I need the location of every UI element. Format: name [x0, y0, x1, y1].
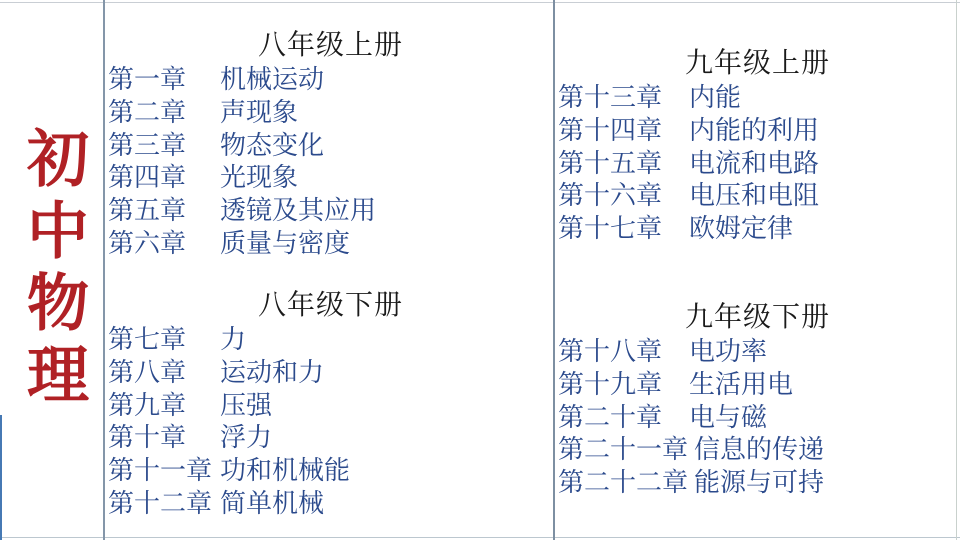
- chapter-number: 第二章: [108, 96, 212, 129]
- chapter-row: 第三章 物态变化: [108, 129, 553, 162]
- chapter-number: 第十一章: [108, 454, 212, 487]
- chapter-title: 信息的传递: [694, 433, 824, 466]
- chapter-number: 第十九章: [558, 368, 683, 401]
- chapter-row: 第十三章 内能: [558, 81, 957, 114]
- chapter-title: 电与磁: [689, 401, 767, 434]
- section-grade9-vol2: 九年级下册 第十八章 电功率 第十九章 生活用电 第二十章 电与磁 第二十一章 …: [558, 299, 957, 499]
- chapter-title: 质量与密度: [220, 227, 350, 260]
- chapter-title: 功和机械能: [220, 454, 350, 487]
- chapter-number: 第三章: [108, 129, 212, 162]
- chapter-number: 第二十一章: [558, 433, 688, 466]
- chapter-number: 第六章: [108, 227, 212, 260]
- chapter-title: 压强: [220, 389, 272, 422]
- chapter-number: 第十五章: [558, 147, 683, 180]
- chapter-title: 光现象: [220, 161, 298, 194]
- chapter-number: 第十六章: [558, 179, 683, 212]
- chapter-number: 第二十章: [558, 401, 683, 434]
- top-border-line: [0, 2, 960, 3]
- chapter-title: 力: [220, 323, 246, 356]
- chapter-title: 物态变化: [220, 129, 324, 162]
- chapter-row: 第二十二章 能源与可持: [558, 466, 957, 499]
- chapter-row: 第十七章 欧姆定律: [558, 212, 957, 245]
- chapter-row: 第十五章 电流和电路: [558, 147, 957, 180]
- chapter-row: 第七章 力: [108, 323, 553, 356]
- chapter-row: 第二章 声现象: [108, 96, 553, 129]
- chapter-title: 浮力: [220, 421, 272, 454]
- chapter-number: 第十四章: [558, 114, 683, 147]
- chapter-title: 能源与可持: [694, 466, 824, 499]
- column-divider-left: [103, 0, 105, 540]
- chapter-number: 第四章: [108, 161, 212, 194]
- page-title: 初中物理: [21, 126, 83, 414]
- chapter-number: 第十七章: [558, 212, 683, 245]
- section-grade8-vol2: 八年级下册 第七章 力 第八章 运动和力 第九章 压强 第十章 浮力 第十一章 …: [108, 287, 553, 520]
- chapter-row: 第十八章 电功率: [558, 335, 957, 368]
- chapter-title: 内能的利用: [689, 114, 819, 147]
- physics-toc-page: { "title_vertical": "初中物理", "colors": { …: [0, 0, 960, 540]
- chapter-number: 第十二章: [108, 487, 212, 520]
- chapter-title: 运动和力: [220, 356, 324, 389]
- chapter-row: 第十一章 功和机械能: [108, 454, 553, 487]
- chapter-number: 第十八章: [558, 335, 683, 368]
- chapter-number: 第八章: [108, 356, 212, 389]
- chapter-row: 第二十章 电与磁: [558, 401, 957, 434]
- section-heading: 九年级下册: [558, 299, 957, 335]
- section-grade8-vol1: 八年级上册 第一章 机械运动 第二章 声现象 第三章 物态变化 第四章 光现象 …: [108, 27, 553, 260]
- chapter-title: 简单机械: [220, 487, 324, 520]
- section-heading: 九年级上册: [558, 45, 957, 81]
- section-heading: 八年级上册: [108, 27, 553, 63]
- chapter-title: 透镜及其应用: [220, 194, 376, 227]
- chapter-row: 第十六章 电压和电阻: [558, 179, 957, 212]
- chapter-row: 第十二章 简单机械: [108, 487, 553, 520]
- chapter-title: 欧姆定律: [689, 212, 793, 245]
- chapter-row: 第四章 光现象: [108, 161, 553, 194]
- chapter-row: 第八章 运动和力: [108, 356, 553, 389]
- chapter-row: 第九章 压强: [108, 389, 553, 422]
- chapter-row: 第二十一章 信息的传递: [558, 433, 957, 466]
- chapter-row: 第六章 质量与密度: [108, 227, 553, 260]
- chapter-number: 第九章: [108, 389, 212, 422]
- chapter-row: 第十章 浮力: [108, 421, 553, 454]
- chapter-number: 第七章: [108, 323, 212, 356]
- chapter-title: 电功率: [689, 335, 767, 368]
- title-band: 初中物理: [0, 0, 103, 540]
- chapter-number: 第二十二章: [558, 466, 688, 499]
- bottom-border-line: [0, 537, 960, 538]
- chapter-number: 第一章: [108, 63, 212, 96]
- section-heading: 八年级下册: [108, 287, 553, 323]
- chapter-number: 第五章: [108, 194, 212, 227]
- chapter-title: 机械运动: [220, 63, 324, 96]
- column-divider-middle: [553, 0, 555, 540]
- chapter-row: 第一章 机械运动: [108, 63, 553, 96]
- chapter-title: 电压和电阻: [689, 179, 819, 212]
- chapter-number: 第十章: [108, 421, 212, 454]
- chapter-title: 内能: [689, 81, 741, 114]
- chapter-title: 电流和电路: [689, 147, 819, 180]
- chapter-number: 第十三章: [558, 81, 683, 114]
- chapter-title: 声现象: [220, 96, 298, 129]
- section-grade9-vol1: 九年级上册 第十三章 内能 第十四章 内能的利用 第十五章 电流和电路 第十六章…: [558, 45, 957, 245]
- chapter-row: 第五章 透镜及其应用: [108, 194, 553, 227]
- chapter-row: 第十四章 内能的利用: [558, 114, 957, 147]
- chapter-title: 生活用电: [689, 368, 793, 401]
- chapter-row: 第十九章 生活用电: [558, 368, 957, 401]
